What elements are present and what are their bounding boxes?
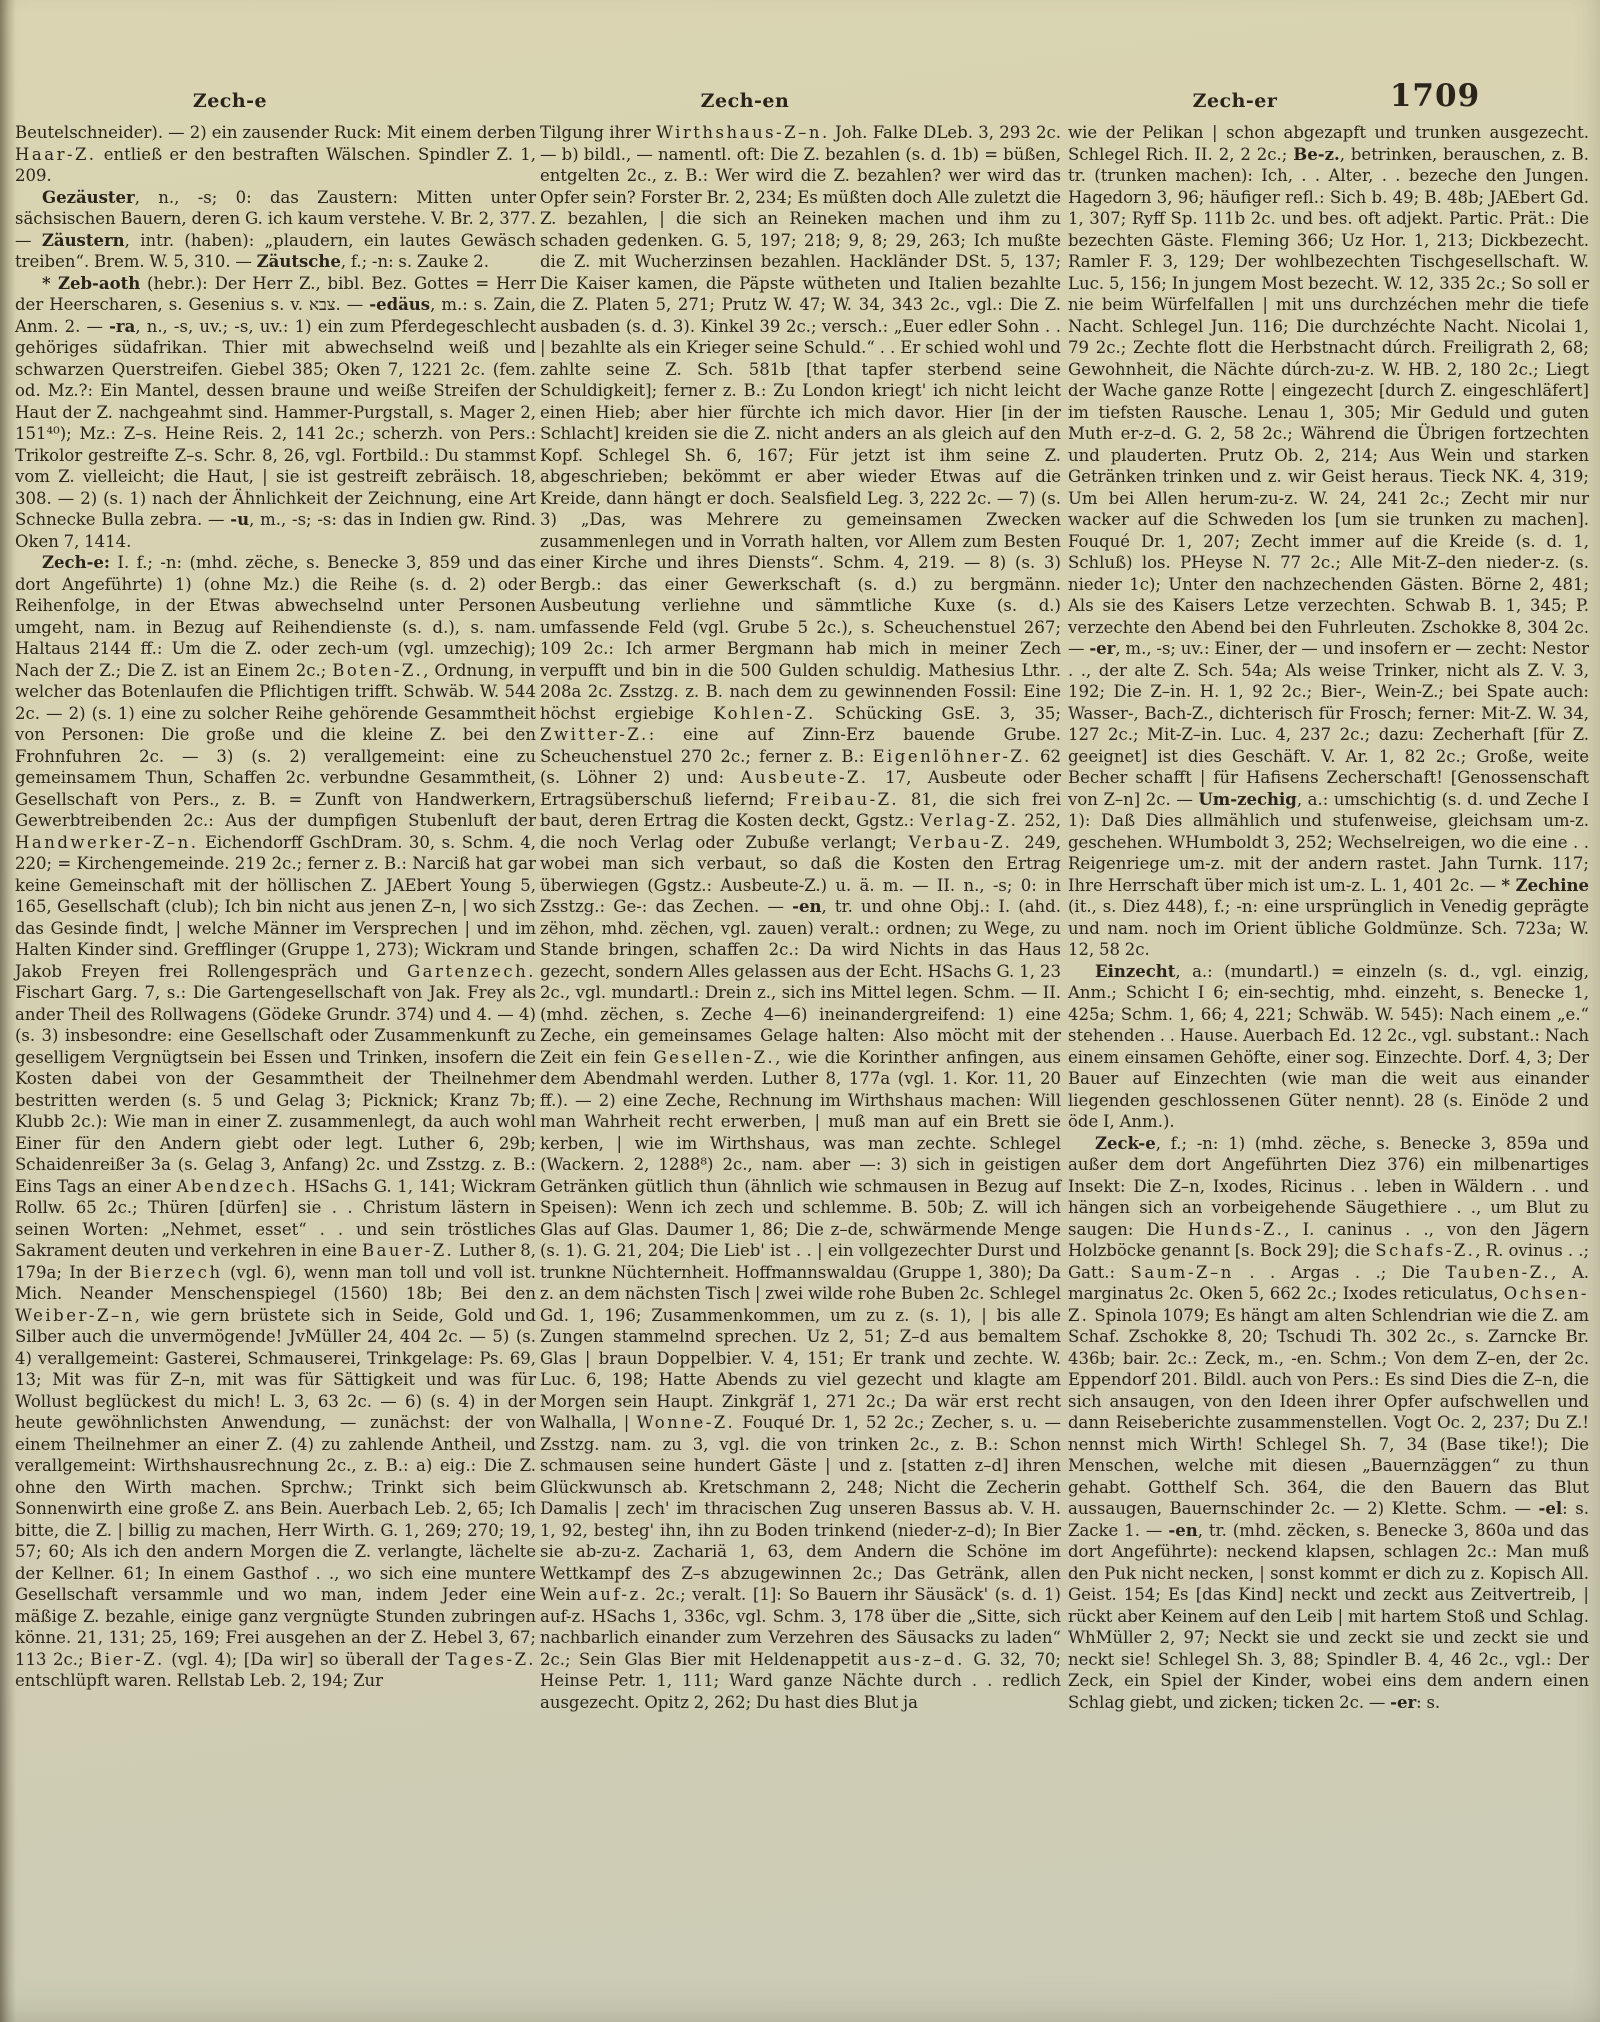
entry-headword: Zech-e: [42, 553, 110, 572]
dictionary-paragraph: wie der Pelikan | schon abgezapft und tr… [1068, 122, 1589, 961]
text-run: (it., s. Diez 448), f.; -n: eine ursprün… [1068, 897, 1589, 959]
dictionary-paragraph: Zeck-e, f.; -n: 1) (mhd. zëche, s. Benec… [1068, 1133, 1589, 1714]
text-run: (vgl. 4); [Da wir] so überall der [165, 1650, 446, 1669]
spaced-term: Wirthshaus-Z–n. [656, 123, 830, 142]
dictionary-page: { "page": { "header": { "col1_keyword": … [0, 0, 1600, 2022]
spaced-term: Wonne-Z. [636, 1413, 735, 1432]
running-head: Zech-e Zech-en Zech-er 1709 [0, 84, 1600, 124]
spaced-term: auf-z. [588, 1585, 649, 1604]
entry-headword: -el [1539, 1499, 1563, 1518]
entry-headword: -en [792, 897, 821, 916]
text-run: Spinola 1079; Es hängt am alten Schlendr… [1068, 1306, 1589, 1519]
spaced-term: Bauer-Z. [362, 1241, 454, 1260]
text-run: Fouqué Dr. 1, 52 2c.; Zecher, s. u. — Zs… [540, 1413, 1061, 1604]
spaced-term: Weiber-Z–n [15, 1306, 135, 1325]
spaced-term: Abendzech. [177, 1177, 299, 1196]
entry-headword: -u [230, 510, 249, 529]
entry-headword: -ra [109, 317, 135, 336]
text-run: Fischart Garg. 7, s.: Die Gartengesellsc… [15, 983, 536, 1196]
spaced-term: Verbau-Z. [909, 833, 1013, 852]
spaced-term: Gartenzech. [407, 962, 536, 981]
entry-headword: -edäus [369, 295, 430, 314]
text-run: , m., -s; uv.: Einer, der — und insofern… [1068, 639, 1589, 809]
dictionary-paragraph: Einzecht, a.: (mundartl.) = einzeln (s. … [1068, 961, 1589, 1133]
spaced-term: Schafs-Z. [1375, 1241, 1475, 1260]
entry-headword: Gezäuster [42, 188, 135, 207]
text-column-2: Tilgung ihrer Wirthshaus-Z–n. Joh. Falke… [540, 122, 1061, 1713]
entry-headword: Einzecht [1095, 962, 1175, 981]
text-run: : s. [1416, 1693, 1440, 1712]
text-run: Joh. Falke DLeb. 3, 293 2c. — b) bildl.,… [540, 123, 1061, 723]
running-head-keyword-right: Zech-er [1135, 90, 1335, 112]
spaced-term: Haar-Z. [15, 145, 96, 164]
dictionary-paragraph: Beutelschneider). — 2) ein zausender Ruc… [15, 122, 536, 187]
spaced-term: Handwerker-Z–n. [15, 833, 199, 852]
text-run: entschlüpft waren. Rellstab Leb. 2, 194;… [15, 1671, 383, 1690]
text-column-1: Beutelschneider). — 2) ein zausender Ruc… [15, 122, 536, 1692]
spaced-term: aus-z–d. [878, 1650, 965, 1669]
page-number: 1709 [1380, 78, 1490, 114]
spaced-term: Kohlen-Z. [713, 704, 816, 723]
entry-headword: Zäutsche [257, 252, 341, 271]
spaced-term: Tauben-Z. [1446, 1263, 1552, 1282]
text-run: , wie die Korinther anfingen, aus dem Ab… [540, 1048, 1061, 1433]
text-run: , tr. und ohne Obj.: I. (ahd. zëhon, mhd… [540, 897, 1061, 1067]
spaced-term: Hunds-Z. [1188, 1220, 1285, 1239]
entry-headword: Zeck-e [1095, 1134, 1156, 1153]
text-run: , f.; -n: s. Zauke 2. [341, 252, 489, 271]
running-head-keyword-left: Zech-e [130, 90, 330, 112]
text-run: , a.: (mundartl.) = einzeln (s. d., vgl.… [1068, 962, 1589, 1132]
spaced-term: Zwitter-Z. [540, 725, 649, 744]
text-run: , betrinken, berauschen, z. B. tr. (trun… [1068, 145, 1589, 659]
text-run: , wie gern brüstete sich in Seide, Gold … [15, 1306, 536, 1669]
text-run: Schücking GsE. 3, 35; [816, 704, 1061, 723]
text-run: . . Argas . .; Die [1234, 1263, 1446, 1282]
page-edge-shadow [0, 0, 16, 2022]
entry-headword: * Zechine [1501, 876, 1589, 895]
dictionary-paragraph: Tilgung ihrer Wirthshaus-Z–n. Joh. Falke… [540, 122, 1061, 1713]
spaced-term: Saum-Z–n [1131, 1263, 1234, 1282]
dictionary-paragraph: Zech-e: I. f.; -n: (mhd. zëche, s. Benec… [15, 552, 536, 1692]
spaced-term: Bier-Z. [90, 1650, 165, 1669]
text-run: Beutelschneider). — 2) ein zausender Ruc… [15, 123, 536, 142]
running-head-keyword-center: Zech-en [645, 90, 845, 112]
spaced-term: Tages-Z. [446, 1650, 536, 1669]
dictionary-paragraph: * Zeb-aoth (hebr.): Der Herr Z., bibl. B… [15, 273, 536, 553]
text-run: , n., -s, uv.; -s, uv.: 1) ein zum Pferd… [15, 317, 536, 530]
entry-headword: Be-z. [1293, 145, 1339, 164]
entry-headword: -er [1089, 639, 1115, 658]
text-run: Tilgung ihrer [540, 123, 656, 142]
text-run: Eichendorff GschDram. 30, s. Schm. 4, 22… [15, 833, 536, 981]
spaced-term: Freibau-Z. [787, 790, 899, 809]
spaced-term: Verlag-Z. [920, 811, 1018, 830]
spaced-term: Eigenlöhner-Z. [872, 747, 1031, 766]
spaced-term: Boten-Z. [332, 661, 423, 680]
text-run: , tr. (mhd. zëcken, s. Benecke 3, 860a u… [1068, 1521, 1589, 1712]
dictionary-paragraph: Gezäuster, n., -s; 0: das Zaustern: Mitt… [15, 187, 536, 273]
entry-headword: * Zeb-aoth [42, 274, 140, 293]
text-run: , Ordnung, in welcher das Botenlaufen di… [15, 661, 536, 831]
text-column-3: wie der Pelikan | schon abgezapft und tr… [1068, 122, 1589, 1713]
spaced-term: Bierzech [129, 1263, 222, 1282]
entry-headword: -en [1168, 1521, 1197, 1540]
entry-headword: Um-zechig [1198, 790, 1296, 809]
entry-headword: Zäustern [42, 231, 125, 250]
entry-headword: -er [1390, 1693, 1416, 1712]
spaced-term: Ausbeute-Z. [741, 768, 869, 787]
spaced-term: Gesellen-Z. [653, 1048, 775, 1067]
